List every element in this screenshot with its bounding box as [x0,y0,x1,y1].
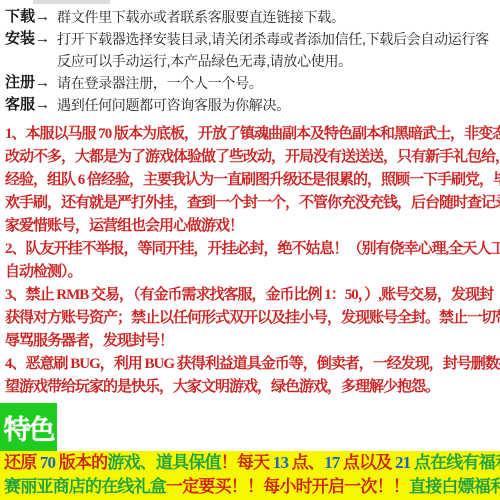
promo-segment: 点在线有福利 [410,453,500,472]
promo-segment: 70 [40,453,55,472]
guide-label: 客服→ [5,94,57,116]
rule-line: 4、恶意刷 BUG，利用 BUG 获得利益道具金币等，倒卖者，一经发现，封号删数… [5,353,500,376]
guide-section: 下载→ 群文件里下载亦或者联系客服要直连链接下载。 安装→ 打开下载器选择安装目… [5,6,500,116]
rule-line: 2、队友开挂不举报，等同开挂，开挂必封，绝不姑息！（别有侥幸心理,全天人工 [5,238,500,261]
guide-line: 反应可以手动运行,本产品绿色无毒,请放心使用。 [57,50,500,72]
guide-text: 群文件里下载亦或者联系客服要直连链接下载。 [57,6,500,28]
promo-segment: 17 [324,453,339,472]
rule-line: 望游戏带给玩家的是快乐，大家文明游戏，绿色游戏，多理解少抱怨。 [5,376,500,399]
rules-section: 1、本服以马服 70 版本为底板，开放了镇魂曲副本及特色副本和黑暗武士，非变态改… [5,123,500,399]
guide-text: 打开下载器选择安装目录,请关闭杀毒或者添加信任,下载后会自动运行客反应可以手动运… [57,28,500,72]
feature-badge: 特色 [0,403,57,451]
promo-segment: 直接白嫖福利 [409,477,500,496]
guide-row: 下载→ 群文件里下载亦或者联系客服要直连链接下载。 [5,6,500,28]
rule-line: 改动不多，大都是为了游戏体验做了些改动，开局没有送送送，只有新手礼包给， [5,146,500,169]
rule-line: 自动检测）。 [5,261,500,284]
guide-line: 请在登录器注册，一个人一个号。 [57,72,500,94]
promo-segment: 还原 [4,453,40,472]
rule-line: 3、禁止 RMB 交易，（有金币需求找客服，金币比例 1：50，）,账号交易，发… [5,284,500,307]
guide-text: 请在登录器注册，一个人一个号。 [57,72,500,94]
guide-row: 客服→ 遇到任何问题都可咨询客服为你解决。 [5,94,500,116]
rule-line: 家爱惜账号，运营组也会用心做游戏！ [5,215,500,238]
guide-text: 遇到任何问题都可咨询客服为你解决。 [57,94,500,116]
guide-line: 打开下载器选择安装目录,请关闭杀毒或者添加信任,下载后会自动运行客 [57,28,500,50]
rule-line: 1、本服以马服 70 版本为底板，开放了镇魂曲副本及特色副本和黑暗武士，非变态 [5,123,500,146]
promo-segment: 赛丽亚商店的在线礼盒 [4,477,166,496]
guide-row: 注册→ 请在登录器注册，一个人一个号。 [5,72,500,94]
guide-line: 群文件里下载亦或者联系客服要直连链接下载。 [57,6,500,28]
guide-line: 遇到任何问题都可咨询客服为你解决。 [57,94,500,116]
rule-line: 获得对方账号资产；禁止以任何形式双开以及挂小号，发现账号全封。禁止一切带 [5,307,500,330]
guide-label: 注册→ [5,72,57,94]
promo-segment: 13 [273,453,288,472]
rule-line: 辱骂服务器者，发现封号！ [5,330,500,353]
promo-segment: 点以及 [339,453,395,472]
promo-segment: 版本的 [55,453,107,472]
feature-badge-label: 特色 [4,408,54,447]
promo-segment: 一定要买！！每小时开启一次！！ [166,477,409,496]
guide-label: 下载→ [5,6,57,28]
cropped-element-remnant [33,0,110,4]
promo-line: 还原 70 版本的游戏、道具保值！每天 13 点、17 点以及 21 点在线有福… [0,451,500,475]
promo-line: 赛丽亚商店的在线礼盒一定要买！！每小时开启一次！！直接白嫖福利！ [0,475,500,499]
guide-row: 安装→ 打开下载器选择安装目录,请关闭杀毒或者添加信任,下载后会自动运行客反应可… [5,28,500,72]
promo-banner: 还原 70 版本的游戏、道具保值！每天 13 点、17 点以及 21 点在线有福… [0,451,500,500]
rule-line: 经验，组队 6 倍经验，主要我认为一直刷图升级还是很累的，照顾一下手刷党，毕 [5,169,500,192]
promo-segment: 21 [395,453,410,472]
rule-line: 欢手刷，还有就是严打外挂，查到一个封一个，不管你充没充钱，后台随时查记录 [5,192,500,215]
promo-segment: 点、 [288,453,324,472]
promo-segment: ！每天 [221,453,273,472]
guide-label: 安装→ [5,28,57,50]
promo-segment: 游戏、道具保值 [107,453,220,472]
